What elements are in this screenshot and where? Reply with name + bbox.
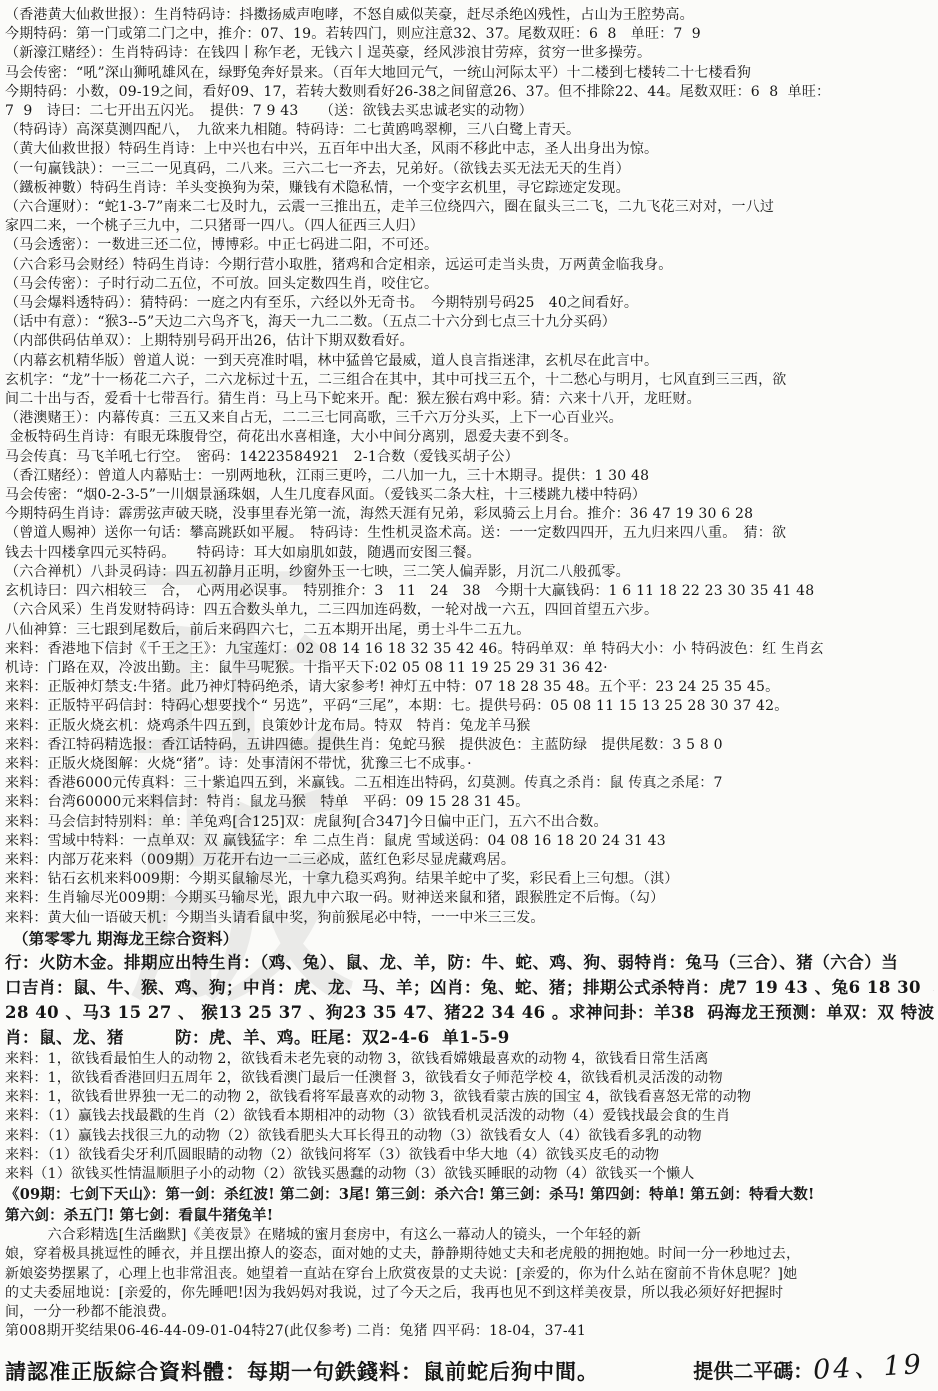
text-line: 新娘姿势摆累了，心理上也非常沮丧。她望着一直站在穿台上欣赏夜景的丈夫说：[亲爱的…: [5, 1265, 934, 1284]
text-line: 《09期：七剑下天山》：第一剑：杀红波! 第二剑：3尾! 第三剑：杀六合! 第三…: [5, 1184, 934, 1205]
text-line: （话中有意）：“猴3--5”天边二六鸟齐飞，海天一九二二数。（五点二十六分到七点…: [5, 313, 934, 332]
text-line: 间，一分一秒都不能浪费。: [5, 1303, 934, 1322]
text-line: 家四二来，一个桃子三九中，二只猪哥一四八。（四人征西三人归）: [5, 217, 934, 236]
footer-slogan: 請認准正版綜合資料體：每期一句鉄錢料：鼠前蛇后狗中間。: [5, 1356, 599, 1386]
text-line: 来料：（1）欲钱看尖牙利爪圆眼睛的动物（2）欲钱问将军（3）欲钱看中华大地（4）…: [5, 1146, 934, 1165]
text-line: 7 9 诗曰：二七开出五闪光。 提供：7 9 43 （送：欲钱去买忠诚老实的动物…: [5, 102, 934, 121]
text-line: 来料：1，欲钱看世界独一无二的动物 2，欲钱看将军最喜欢的动物 3，欲钱看蒙古族…: [5, 1088, 934, 1107]
text-line: （六合禅机）八卦灵码诗：四五初静月正明，纱窗外玉一七映，三二笑人偏弄影，月沉二八…: [5, 563, 934, 582]
text-line: 第六剑：杀五门! 第七剑：看鼠牛猪兔羊!: [5, 1205, 934, 1226]
text-line: 钱去十四楼拿四元买特码。 特码诗：耳大如扇肌如鼓，随遇而安图三餐。: [5, 544, 934, 563]
text-line: （黄大仙救世报）特码生肖诗：上中兴也右中兴，五百年中出大圣，风雨不移此中志，圣人…: [5, 140, 934, 159]
text-line: 娘，穿着极具挑逗性的睡衣，并且摆出撩人的姿态，面对她的丈夫，静静期待她丈夫和老虎…: [5, 1245, 934, 1264]
text-line: 来料：马会信封特别料：单：羊兔鸡[合125]双：虎鼠狗[合347]今日偏中正门，…: [5, 813, 934, 832]
text-line: 玄机诗曰：四六相较三 合， 心两用必误事。 特别推介：3 11 24 38 今期…: [5, 582, 934, 601]
text-line: （内部供码估单双）：上期特别号码开出26，估计下期双数看好。: [5, 332, 934, 351]
text-line: 来料：1，欲钱看最怕生人的动物 2，欲钱看未老先衰的动物 3，欲钱看嫦娥最喜欢的…: [5, 1050, 934, 1069]
text-line: （六合運财）：“蛇1-3-7”南来二七及时九，云震一三推出五，走羊三位绕四六，圈…: [5, 198, 934, 217]
text-line: （马会透密）：一数进三还二位，博博彩。中正七码进二阳，不可还。: [5, 236, 934, 255]
text-line: （马会爆料透特码）：猜特码：一庭之内有至乐，六经以外无奇书。 今期特别号码25 …: [5, 294, 934, 313]
text-line: 八仙神算：三七跟到尾数后，前后来码四六七，二五本期开出尾，勇士斗牛二五九。: [5, 621, 934, 640]
text-line: 马会传真：马飞羊吼七行空。 密码：14223584921 2-1合数（爱钱买胡子…: [5, 448, 934, 467]
text-line: 来料：正版神灯禁支:牛猪。此乃神灯特码绝杀，请大家参考! 神灯五中特：07 18…: [5, 678, 934, 697]
text-line: 今期特码生肖诗：霹雳弦声破天晓，没事里春光第一流，海然天涯有兄弟，彩凤骑云上月台…: [5, 505, 934, 524]
text-line: 马会传密：“烟0-2-3-5”一川烟景涵珠姻，人生几度春风面。（爱钱买二条大柱，…: [5, 486, 934, 505]
lottery-tipsheet-page: 正版 （香港黄大仙救世报）：生肖特码诗：抖擞扬威声咆哮，不怒自威似芙豪，赶尽杀绝…: [0, 0, 938, 1391]
text-line: （六合风采）生肖发财特码诗：四五合数头单九，二三四加连码数，一轮对战一六五，四回…: [5, 601, 934, 620]
text-line: 来料：正版特平码信封：特码心想要找个“ 另选”，平码“三尾”，本期：七。提供号码…: [5, 697, 934, 716]
text-line: （内幕玄机精华版）曾道人说：一到天亮准时唱，林中猛兽它最威，道人良言指迷津，玄机…: [5, 352, 934, 371]
footer-provide-value-handwritten: 04、19: [812, 1343, 925, 1388]
text-lines: （香港黄大仙救世报）：生肖特码诗：抖擞扬威声咆哮，不怒自威似芙豪，赶尽杀绝凶残性…: [5, 6, 934, 1341]
text-line: 行：火防木金。排期应出特生肖：（鸡、兔）、鼠、龙、羊，防：牛、蛇、鸡、狗、弱特肖…: [5, 950, 934, 975]
text-line: 来料：香江特码精选报：香江话特码，五讲四德。提供生肖：兔蛇马猴 提供波色：主蓝防…: [5, 736, 934, 755]
text-line: 口吉肖：鼠、牛、猴、鸡、狗；中肖：虎、龙、马、羊；凶肖：兔、蛇、猪；排期公式杀特…: [5, 975, 934, 1000]
text-line: 间二十出与否，爱看十七带吾行。猜生肖：马上马下蛇来开。配：猴左猴右鸡中彩。猜：六…: [5, 390, 934, 409]
text-line: 肖：鼠、龙、猪 防：虎、羊、鸡。旺尾：双2-4-6 单1-5-9: [5, 1025, 934, 1050]
text-line: （鐵板神數）特码生肖诗：羊头变换狗为荣，赚钱有术隐私情，一个变字玄机里，寻它踪迹…: [5, 179, 934, 198]
text-line: 今期特码：第一门或第二门之中，推介：07、19。若转四门，则应注意32、37。尾…: [5, 25, 934, 44]
text-line: 来料（1）欲钱买性情温顺胆子小的动物（2）欲钱买愚蠢的动物（3）欲钱买睡眠的动物…: [5, 1165, 934, 1184]
text-line: 来料：正版火烧玄机：烧鸡杀牛四五到，良策妙计龙布局。特双 特肖：兔龙羊马猴: [5, 717, 934, 736]
text-line: 的丈夫委屈地说：[亲爱的，你先睡吧!因为我妈妈对我说，过了今天之后，我再也见不到…: [5, 1284, 934, 1303]
footer-line: 請認准正版綜合資料體：每期一句鉄錢料：鼠前蛇后狗中間。 提供二平碼：04、19: [5, 1347, 934, 1386]
text-line: 来料：雪域中特料：一点单双：双 赢钱猛字：牟 二点生肖：鼠虎 雪域送码：04 0…: [5, 832, 934, 851]
text-line: 来料：正版火烧图解：火烧“猪”。诗：处事清闲不带忧，犹豫三七不成事。·: [5, 755, 934, 774]
text-line: 来料：内部万花来料（009期）万花开右边一二三必成，蓝红色彩尽显虎藏鸡居。: [5, 851, 934, 870]
text-line: 来料：（1）赢钱去找很三九的动物（2）欲钱看肥头大耳长得丑的动物（3）欲钱看女人…: [5, 1127, 934, 1146]
text-line: （一句赢钱訣）：一三二一见真码，二八来。三六二七一齐去，兄弟好。（欲钱去买无法无…: [5, 160, 934, 179]
text-line: （香江赌经）：曾道人内幕贴士：一别两地秋，江雨三更吟，二八加一九，三十木期寻。提…: [5, 467, 934, 486]
text-line: 来料：钻石玄机来料009期：今期买鼠输尽光，十拿九稳买鸡狗。结果羊蛇中了奖，彩民…: [5, 870, 934, 889]
text-line: 六合彩精选[生活幽默]《美夜景》在赌城的蜜月套房中，有这么一幕动人的镜头，一个年…: [5, 1226, 934, 1245]
footer-provide-label: 提供二平碼：: [693, 1359, 813, 1383]
text-line: （特码诗）高深莫测四配八， 九欲来九相随。特码诗：二七黄鸥鸣翠柳，三八白鹭上青天…: [5, 121, 934, 140]
text-line: 马会传密：“吼”深山狮吼雄风在，绿野兔奔好景来。（百年大地回元气，一统山河际太平…: [5, 64, 934, 83]
text-line: 来料：（1）赢钱去找最戳的生肖（2）欲钱看本期相冲的动物（3）欲钱看机灵活泼的动…: [5, 1107, 934, 1126]
text-line: 第008期开奖结果06-46-44-09-01-04特27(此仅参考) 二肖：兔…: [5, 1322, 934, 1341]
text-line: 来料：香港6000元传真料：三十紫追四五到，米赢钱。二五相连出特码，幻莫测。传真…: [5, 774, 934, 793]
text-line: 来料：1，欲钱看香港回归五周年 2，欲钱看澳门最后一任澳督 3，欲钱看女子师范学…: [5, 1069, 934, 1088]
text-line: 玄机字：“龙”十一杨花二六子，二六龙标过十五，二三组合在其中，其中可找三五个，十…: [5, 371, 934, 390]
text-line: （马会传密）：子时行动二五位，不可放。回头定数四生肖，咬住它。: [5, 275, 934, 294]
text-line: （新濠江赌经）：生肖特码诗：在钱四丨称乍老，无钱六丨逞英豪，经风涉浪甘劳瘁，贫穷…: [5, 44, 934, 63]
text-line: （第零零九 期海龙王综合资料）: [5, 928, 934, 950]
text-line: （六合彩马会财经）特码生肖诗：今期行营小取胜，猪鸡和合定相亲，远运可走当头贵，万…: [5, 256, 934, 275]
text-line: 来料：台湾60000元来料信封：特肖：鼠龙马猴 特单 平码：09 15 28 3…: [5, 793, 934, 812]
text-line: 来料：黄大仙一语破天机：今期当头请看鼠中奖，狗前猴尾必中特，一一中米三三发。: [5, 909, 934, 928]
text-line: （港澳赌王）：内幕传真：三五又来自占无，二二三七同高歌，三千六万分头买，上下一心…: [5, 409, 934, 428]
text-line: 今期特码：小数，09-19之间，看好09、17，若转大数则看好26-38之间留意…: [5, 83, 934, 102]
footer-provide: 提供二平碼：04、19: [693, 1347, 924, 1386]
text-line: 来料：生肖输尽光009期：今期买马输尽光，跟九中六取一码。财神送来鼠和猪，跟猴胜…: [5, 889, 934, 908]
text-line: 28 40 、马3 15 27 、 猴13 25 37 、狗23 35 47、猪…: [5, 1000, 934, 1025]
text-line: 机诗：门路在双，冷波出勤。主：鼠牛马呢猴。十指平天下:02 05 08 11 1…: [5, 659, 934, 678]
text-line: （曾道人赐神）送你一句话：攀高跳跃如平履。 特码诗：生性机灵盗术高。送：一一定数…: [5, 524, 934, 543]
text-line: （香港黄大仙救世报）：生肖特码诗：抖擞扬威声咆哮，不怒自威似芙豪，赶尽杀绝凶残性…: [5, 6, 934, 25]
text-line: 金板特码生肖诗：有眼无珠腹骨空，荷花出水喜相逢，大小中间分离别，恩爱夫妻不到冬。: [5, 428, 934, 447]
text-line: 来料：香港地下信封《千王之王》：九宝莲灯：02 08 14 16 18 32 3…: [5, 640, 934, 659]
